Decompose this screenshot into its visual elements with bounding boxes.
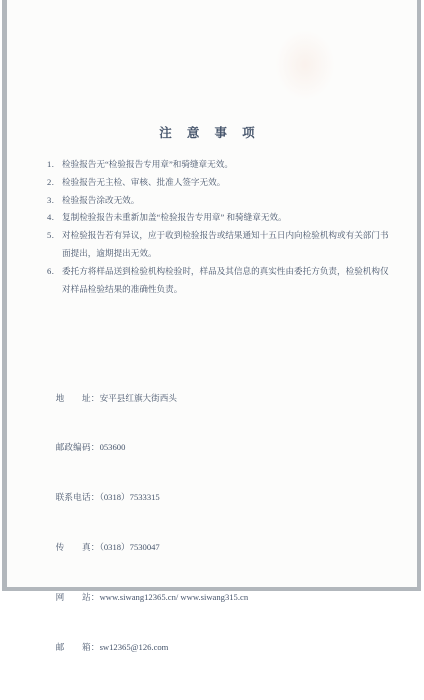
contact-value: （0318）7530047 (100, 542, 160, 552)
contact-label: 地 址： (56, 393, 100, 403)
notice-item: 3. 检验报告涂改无效。 (47, 192, 397, 210)
notice-item: 2. 检验报告无主检、审核、批准人签字无效。 (47, 174, 397, 192)
contact-value: 053600 (100, 442, 126, 452)
contact-value: （0318）7533315 (100, 492, 160, 502)
item-text: 检验报告涂改无效。 (62, 192, 397, 210)
notice-list: 1. 检验报告无“检验报告专用章”和骑缝章无效。 2. 检验报告无主检、审核、批… (47, 156, 397, 298)
contact-value: www.siwang12365.cn/ www.siwang315.cn (100, 592, 249, 602)
contact-label: 传 真： (56, 542, 100, 552)
page-title: 注 意 事 项 (7, 123, 413, 141)
notice-item: 4. 复制检验报告未重新加盖“检验报告专用章” 和骑缝章无效。 (47, 209, 397, 227)
contact-label: 邮 箱： (56, 642, 100, 652)
contact-value: 安平县红旗大街西头 (100, 393, 177, 403)
scan-smudge (275, 30, 335, 100)
notice-item: 1. 检验报告无“检验报告专用章”和骑缝章无效。 (47, 156, 397, 174)
notice-item: 6. 委托方将样品送到检验机构检验时，样品及其信息的真实性由委托方负责，检验机构… (47, 263, 397, 299)
contact-block: 地 址：安平县红旗大街西头 邮政编码：053600 联系电话：（0318）753… (47, 373, 387, 672)
item-text: 委托方将样品送到检验机构检验时，样品及其信息的真实性由委托方负责，检验机构仅对样… (62, 263, 397, 299)
contact-email: 邮 箱：sw12365@126.com (47, 622, 387, 672)
contact-label: 网 站： (56, 592, 100, 602)
contact-value: sw12365@126.com (100, 642, 169, 652)
item-number: 5. (47, 227, 62, 245)
contact-fax: 传 真：（0318）7530047 (47, 522, 387, 572)
item-text: 检验报告无“检验报告专用章”和骑缝章无效。 (62, 156, 397, 174)
item-number: 6. (47, 263, 62, 281)
item-number: 3. (47, 192, 62, 210)
contact-label: 邮政编码： (56, 442, 100, 452)
contact-website: 网 站：www.siwang12365.cn/ www.siwang315.cn (47, 572, 387, 622)
item-number: 4. (47, 209, 62, 227)
item-number: 2. (47, 174, 62, 192)
contact-phone: 联系电话：（0318）7533315 (47, 473, 387, 523)
item-text: 对检验报告若有异议，应于收到检验报告或结果通知十五日内向检验机构或有关部门书面提… (62, 227, 397, 263)
contact-address: 地 址：安平县红旗大街西头 (47, 373, 387, 423)
item-text: 复制检验报告未重新加盖“检验报告专用章” 和骑缝章无效。 (62, 209, 397, 227)
notice-item: 5. 对检验报告若有异议，应于收到检验报告或结果通知十五日内向检验机构或有关部门… (47, 227, 397, 263)
contact-postcode: 邮政编码：053600 (47, 423, 387, 473)
item-number: 1. (47, 156, 62, 174)
item-text: 检验报告无主检、审核、批准人签字无效。 (62, 174, 397, 192)
scanned-notice-page: { "page": { "title": "注 意 事 项", "items":… (0, 0, 424, 700)
contact-label: 联系电话： (56, 492, 100, 502)
